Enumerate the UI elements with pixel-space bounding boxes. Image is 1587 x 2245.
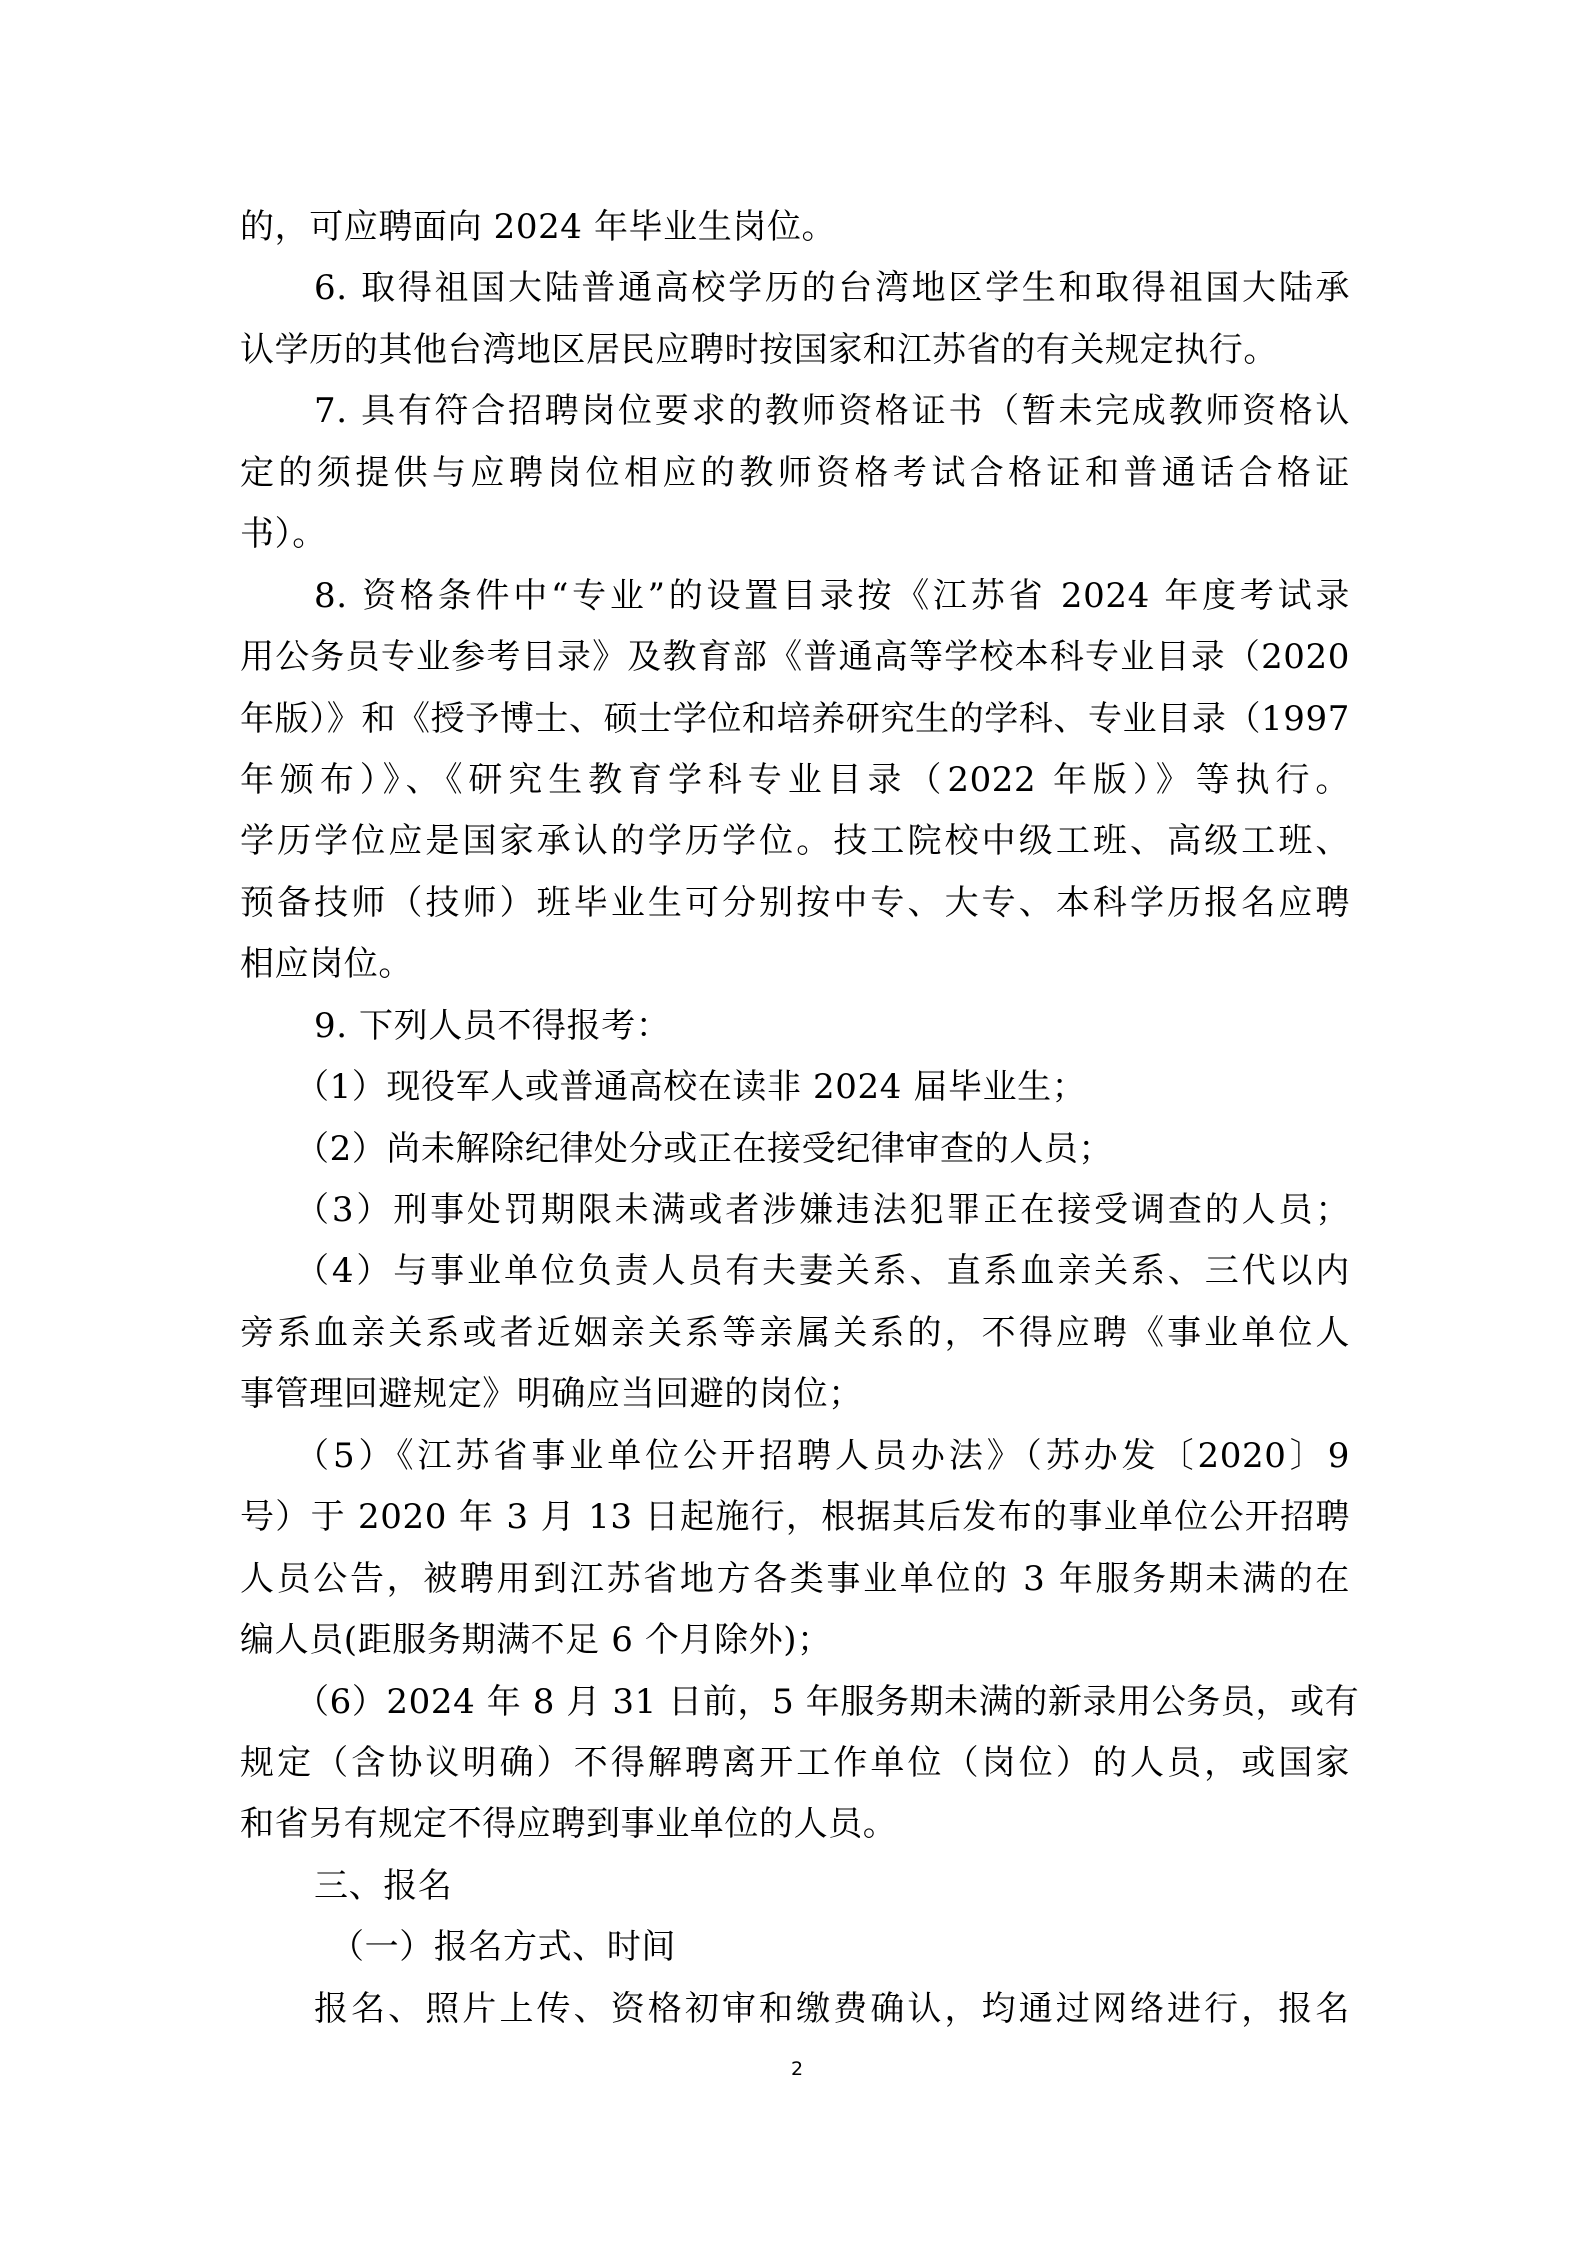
- text-line: 预备技师（技师）班毕业生可分别按中专、大专、本科学历报名应聘: [240, 873, 1350, 934]
- text-line-subitem-2: （2）尚未解除纪律处分或正在接受纪律审查的人员；: [240, 1119, 1350, 1180]
- subsection-heading: （一）报名方式、时间: [240, 1917, 1350, 1978]
- text-line: 相应岗位。: [240, 934, 1350, 995]
- text-line-item-8: 8. 资格条件中“专业”的设置目录按《江苏省 2024 年度考试录: [240, 566, 1350, 627]
- text-line: 和省另有规定不得应聘到事业单位的人员。: [240, 1794, 1350, 1855]
- text-line: 年版）》和《授予博士、硕士学位和培养研究生的学科、专业目录（1997: [240, 689, 1350, 750]
- text-line: 认学历的其他台湾地区居民应聘时按国家和江苏省的有关规定执行。: [240, 320, 1350, 381]
- text-line-item-6: 6. 取得祖国大陆普通高校学历的台湾地区学生和取得祖国大陆承: [240, 258, 1350, 319]
- text-line-subitem-6: （6）2024 年 8 月 31 日前，5 年服务期未满的新录用公务员，或有: [240, 1672, 1350, 1733]
- text-line: 规定（含协议明确）不得解聘离开工作单位（岗位）的人员，或国家: [240, 1733, 1350, 1794]
- text-line-subitem-5: （5）《江苏省事业单位公开招聘人员办法》（苏办发〔2020〕9: [240, 1426, 1350, 1487]
- document-page: 的，可应聘面向 2024 年毕业生岗位。 6. 取得祖国大陆普通高校学历的台湾地…: [0, 0, 1587, 2245]
- text-line: 学历学位应是国家承认的学历学位。技工院校中级工班、高级工班、: [240, 811, 1350, 872]
- text-line: 编人员(距服务期满不足 6 个月除外)；: [240, 1610, 1350, 1671]
- text-line: 定的须提供与应聘岗位相应的教师资格考试合格证和普通话合格证: [240, 443, 1350, 504]
- text-line: 人员公告，被聘用到江苏省地方各类事业单位的 3 年服务期未满的在: [240, 1549, 1350, 1610]
- text-line-subitem-3: （3）刑事处罚期限未满或者涉嫌违法犯罪正在接受调查的人员；: [240, 1180, 1350, 1241]
- text-line: 报名、照片上传、资格初审和缴费确认，均通过网络进行，报名: [240, 1979, 1350, 2040]
- text-line-subitem-1: （1）现役军人或普通高校在读非 2024 届毕业生；: [240, 1057, 1350, 1118]
- text-line: 用公务员专业参考目录》及教育部《普通高等学校本科专业目录（2020: [240, 627, 1350, 688]
- text-line: 号）于 2020 年 3 月 13 日起施行，根据其后发布的事业单位公开招聘: [240, 1487, 1350, 1548]
- text-line: 书）。: [240, 504, 1350, 565]
- text-line: 旁系血亲关系或者近姻亲关系等亲属关系的，不得应聘《事业单位人: [240, 1303, 1350, 1364]
- text-line-item-7: 7. 具有符合招聘岗位要求的教师资格证书（暂未完成教师资格认: [240, 381, 1350, 442]
- text-line: 的，可应聘面向 2024 年毕业生岗位。: [240, 197, 1350, 258]
- section-heading: 三、报名: [240, 1856, 1350, 1917]
- text-line: 年颁布）》、《研究生教育学科专业目录（2022 年版）》等执行。: [240, 750, 1350, 811]
- body-text: 的，可应聘面向 2024 年毕业生岗位。 6. 取得祖国大陆普通高校学历的台湾地…: [240, 197, 1350, 2040]
- text-line: 事管理回避规定》明确应当回避的岗位；: [240, 1364, 1350, 1425]
- text-line-item-9: 9. 下列人员不得报考：: [240, 996, 1350, 1057]
- text-line-subitem-4: （4）与事业单位负责人员有夫妻关系、直系血亲关系、三代以内: [240, 1241, 1350, 1302]
- page-number: 2: [787, 2056, 807, 2082]
